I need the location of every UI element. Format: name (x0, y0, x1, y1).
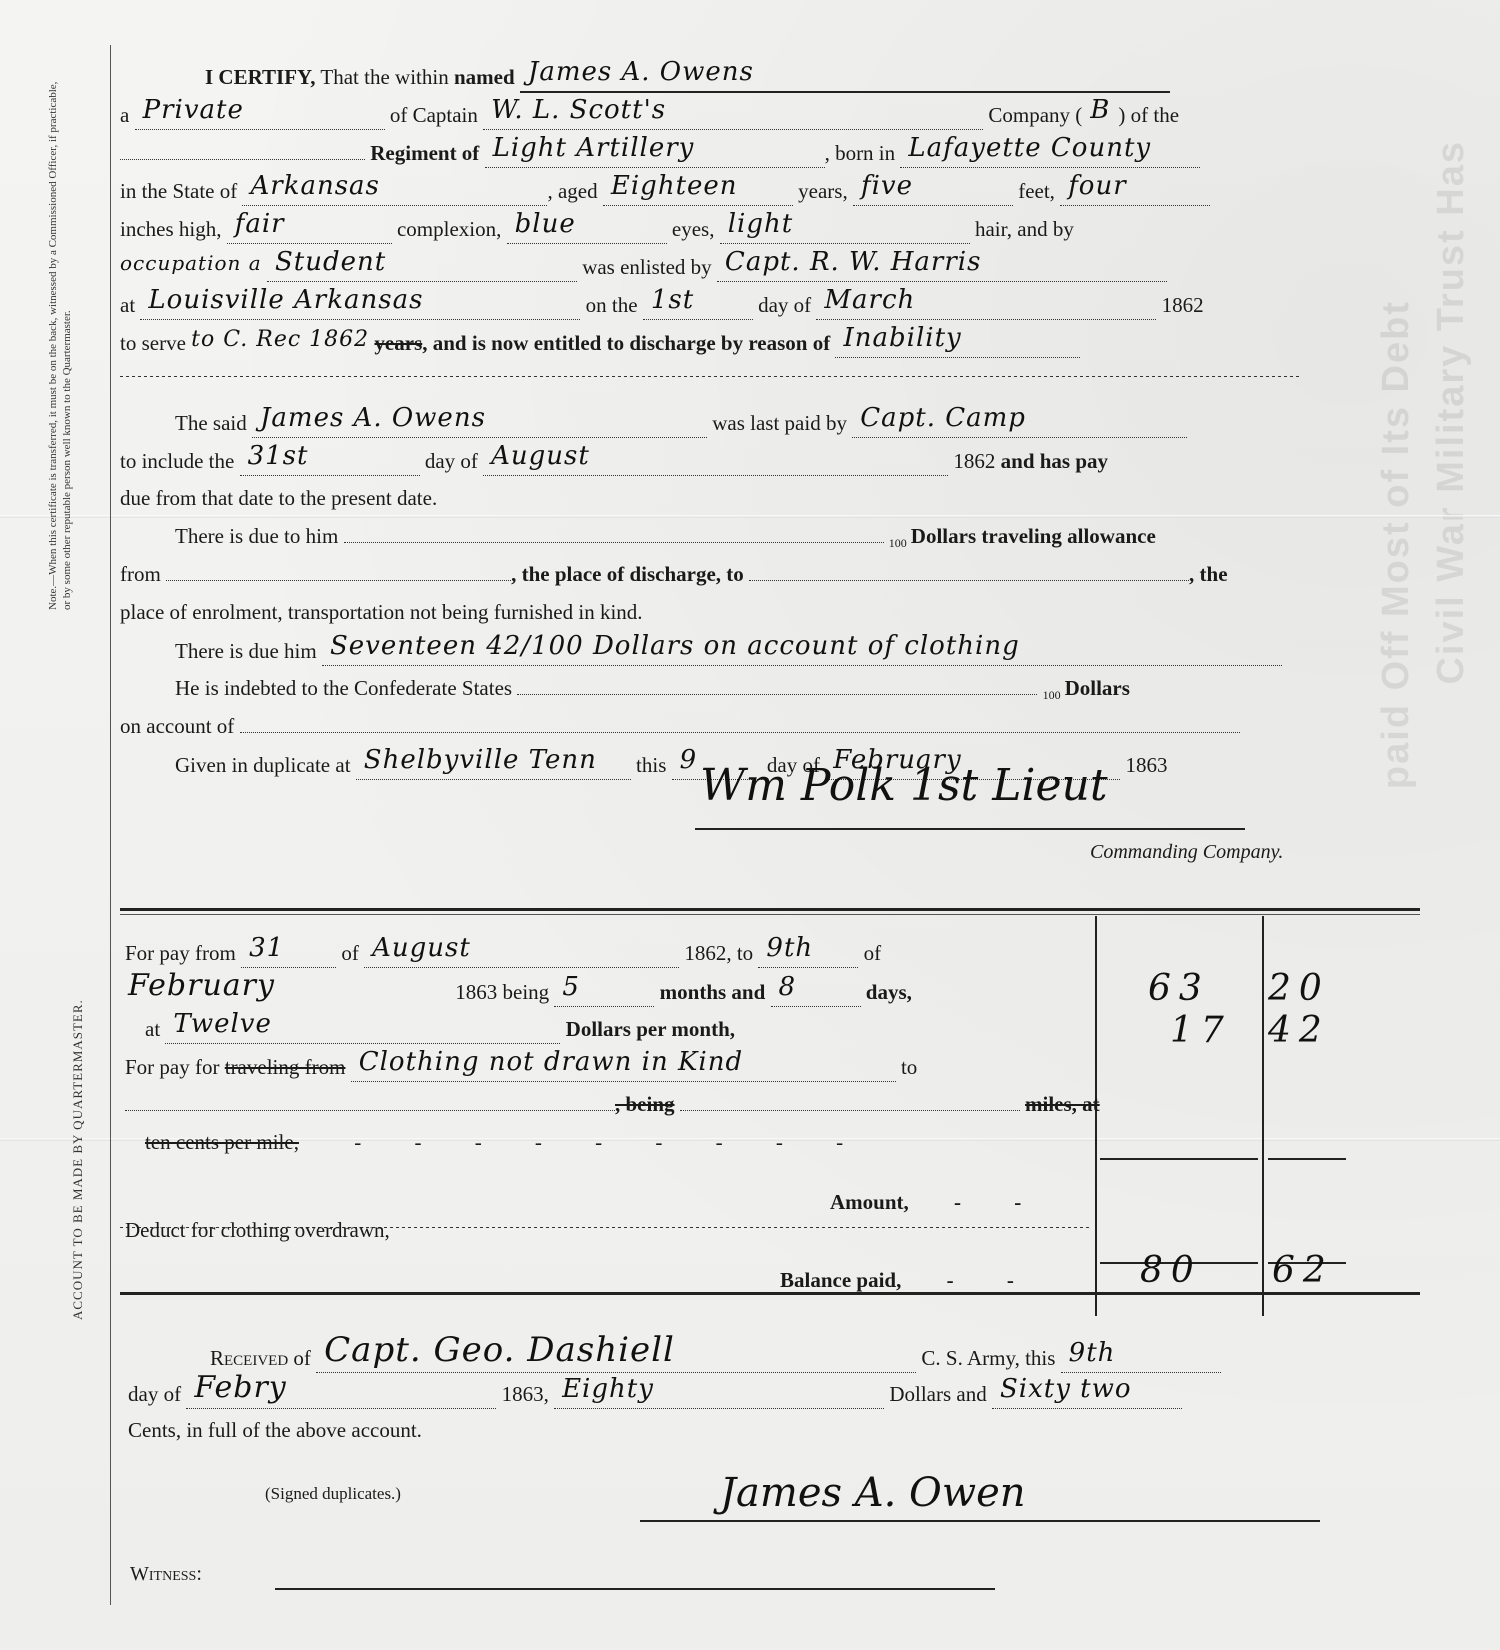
signature-line (695, 828, 1245, 830)
travel-allowance-field (344, 542, 884, 543)
margin-note-line: or by some other reputable person well k… (60, 50, 74, 610)
height-inches-field: four (1060, 176, 1210, 206)
months-field: 5 (554, 977, 654, 1007)
days-field: 8 (771, 977, 861, 1007)
receipt-line-2: day of Febry 1863, Eighty Dollars and Si… (128, 1378, 1182, 1409)
company-field: B (1082, 95, 1118, 125)
enlist-month-field: March (816, 290, 1156, 320)
cert-line-1: I CERTIFY, That the within named James A… (205, 62, 1170, 93)
table-top-rule-2 (120, 914, 1420, 915)
pay-line-5: from , the place of discharge, to , the (120, 560, 1228, 588)
account-line-5: , being miles, at (125, 1090, 1100, 1118)
amount-rule (1268, 1158, 1346, 1160)
complexion-field: fair (227, 214, 392, 244)
hair-field: light (720, 214, 970, 244)
cert-line-7: at Louisville Arkansas on the 1st day of… (120, 290, 1204, 320)
left-border (110, 45, 111, 1605)
deduct-label: Deduct for clothing overdrawn, (125, 1216, 390, 1244)
bleed-through-text: Civil War Military Trust Has (1430, 140, 1473, 685)
to-day-field: 9th (758, 938, 858, 968)
enlist-place-field: Louisville Arkansas (140, 290, 580, 320)
dollars-words-field: Eighty (554, 1379, 884, 1409)
witness-signature-line (275, 1588, 995, 1590)
table-bottom-rule (120, 1292, 1420, 1295)
height-feet-field: five (853, 176, 1013, 206)
cert-line-4: in the State of Arkansas, aged Eighteen … (120, 176, 1210, 206)
bleed-through-text: paid Off Most of Its Debt (1375, 300, 1418, 789)
pay-line-6: place of enrolment, transportation not b… (120, 598, 643, 626)
cents-words-field: Sixty two (992, 1379, 1182, 1409)
cert-line-2: a Private of Captain W. L. Scott's Compa… (120, 100, 1179, 130)
pay-item-field: Clothing not drawn in Kind (351, 1052, 896, 1082)
cents-column-divider (1262, 916, 1264, 1316)
amount-label: Amount, - - (830, 1188, 1045, 1216)
margin-note-line: Note.—When this certificate is transferr… (46, 50, 60, 610)
travel-from-field (166, 580, 511, 581)
margin-caps-note: ACCOUNT TO BE MADE BY QUARTERMASTER. (70, 860, 86, 1320)
commanding-label: Commanding Company. (1090, 838, 1283, 866)
account-line-2: February 1863 being 5 months and 8 days, (120, 976, 912, 1007)
witness-label: Witness: (130, 1560, 202, 1588)
received-day-field: 9th (1061, 1343, 1221, 1373)
discharge-reason-field: Inability (835, 328, 1080, 358)
balance-cents: 62 (1272, 1250, 1334, 1291)
travel-to-field (749, 580, 1189, 581)
soldier-signature-line (640, 1520, 1320, 1522)
state-field: Arkansas (242, 176, 547, 206)
age-field: Eighteen (603, 176, 793, 206)
dotted-rule (120, 376, 1300, 377)
received-month-field: Febry (186, 1378, 496, 1409)
paid-month-field: August (483, 446, 948, 476)
cert-line-5: inches high, fair complexion, blue eyes,… (120, 214, 1074, 244)
receipt-line-3: Cents, in full of the above account. (128, 1416, 422, 1444)
margin-note: Note.—When this certificate is transferr… (46, 50, 74, 610)
pay-line-3: due from that date to the present date. (120, 484, 437, 512)
account-line-3: at Twelve Dollars per month, (145, 1014, 735, 1044)
certify-label: I CERTIFY, (205, 65, 316, 89)
paper-fold (0, 515, 1500, 518)
row2-dollars: 17 (1170, 1010, 1232, 1051)
last-paid-by-field: Capt. Camp (852, 408, 1187, 438)
on-account-field (240, 732, 1240, 733)
from-month-field: August (364, 938, 679, 968)
pay-line-1: The said James A. Owens was last paid by… (175, 408, 1187, 438)
amount-rule (1100, 1158, 1258, 1160)
document-page: Civil War Military Trust Has paid Off Mo… (0, 0, 1500, 1650)
cert-line-3: Regiment of Light Artillery, born in Laf… (120, 138, 1200, 168)
occupation-field: Student (267, 252, 577, 282)
row2-cents: 42 (1268, 1010, 1330, 1051)
pay-line-9: on account of (120, 712, 1240, 740)
to-month-field: February (120, 976, 450, 1006)
balance-label: Balance paid, - - (780, 1266, 1038, 1294)
soldier-name-field-2: James A. Owens (252, 408, 707, 438)
label: That the within (320, 65, 448, 89)
term-field: to C. Rec 1862 (191, 327, 369, 352)
soldier-signature: James A. Owen (720, 1470, 1026, 1516)
cert-line-6: occupation a Student was enlisted by Cap… (120, 252, 1167, 282)
label: named (454, 65, 515, 89)
enlisted-by-field: Capt. R. W. Harris (717, 252, 1167, 282)
received-from-field: Capt. Geo. Dashiell (316, 1340, 916, 1373)
soldier-name-field: James A. Owens (520, 62, 1170, 93)
pay-line-8: He is indebted to the Confederate States… (175, 674, 1130, 709)
rate-field: Twelve (165, 1014, 560, 1044)
from-day-field: 31 (241, 938, 336, 968)
pay-line-7: There is due him Seventeen 42/100 Dollar… (175, 636, 1282, 666)
row1-dollars: 63 (1148, 968, 1210, 1009)
cert-line-8: to serve to C. Rec 1862 years, and is no… (120, 328, 1080, 358)
enlist-year: 1862 (1162, 293, 1204, 317)
receipt-line-1: Received of Capt. Geo. Dashiell C. S. Ar… (210, 1340, 1221, 1373)
regiment-field: Light Artillery (485, 138, 825, 168)
indebted-field (517, 694, 1037, 695)
account-line-6: ten cents per mile, - - - - - - - - - (145, 1128, 867, 1156)
due-amount-field: Seventeen 42/100 Dollars on account of c… (322, 636, 1282, 666)
paid-day-field: 31st (240, 446, 420, 476)
given-place-field: Shelbyville Tenn (356, 750, 631, 780)
eyes-field: blue (507, 214, 667, 244)
pay-line-4: There is due to him 100Dollars traveling… (175, 522, 1156, 557)
table-top-rule (120, 908, 1420, 911)
birthplace-field: Lafayette County (900, 138, 1200, 168)
row1-cents: 20 (1268, 968, 1330, 1009)
signed-duplicates-label: (Signed duplicates.) (265, 1480, 401, 1508)
captain-field: W. L. Scott's (483, 100, 983, 130)
enlist-day-field: 1st (643, 290, 753, 320)
pay-line-2: to include the 31st day of August 1862 a… (120, 446, 1108, 476)
account-line-1: For pay from 31 of August 1862, to 9th o… (125, 938, 881, 968)
account-line-4: For pay for traveling from Clothing not … (125, 1052, 917, 1082)
officer-signature: Wm Polk 1st Lieut (700, 760, 1108, 811)
balance-dollars: 80 (1140, 1250, 1202, 1291)
rank-field: Private (135, 100, 385, 130)
